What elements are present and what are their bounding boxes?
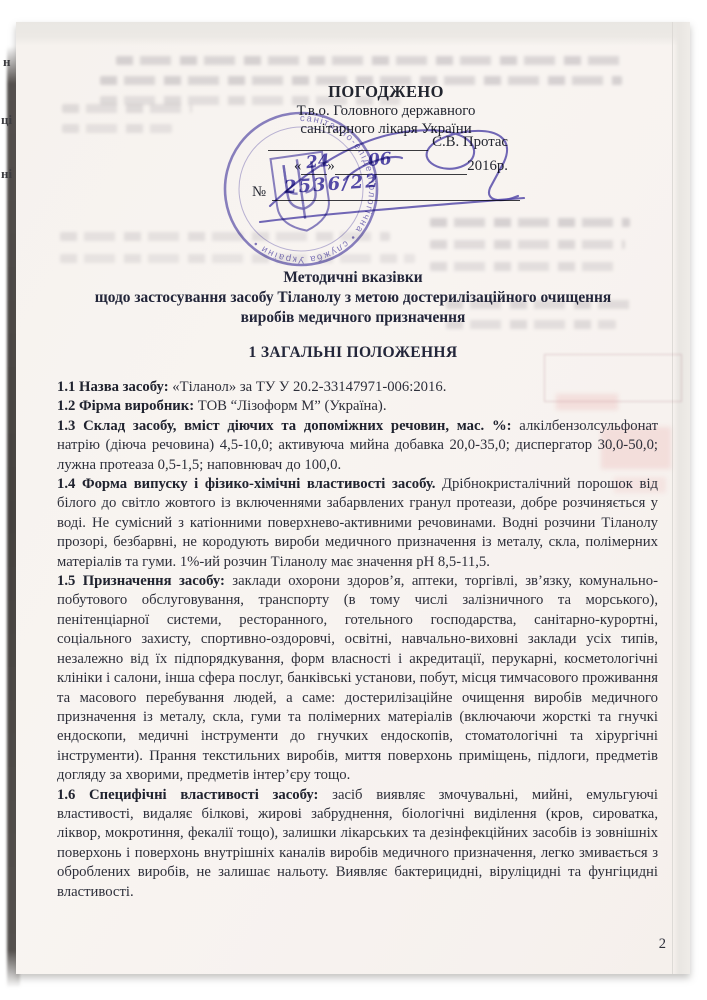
- document-title-line1: Методичні вказівки: [16, 268, 690, 288]
- document-title-line2: щодо застосування засобу Тіланолу з мето…: [16, 288, 690, 308]
- document-body: 1.1 Назва засобу: «Тіланол» за ТУ У 20.2…: [57, 378, 658, 902]
- paragraph-lead: 1.3 Склад засобу, вміст діючих та допомі…: [57, 418, 512, 434]
- paragraph: 1.1 Назва засобу: «Тіланол» за ТУ У 20.2…: [57, 378, 658, 397]
- paragraph-lead: 1.6 Специфічні властивості засобу:: [57, 787, 318, 803]
- page-number: 2: [646, 936, 666, 953]
- paragraph-body: заклади охорони здоров’я, аптеки, торгів…: [57, 573, 658, 783]
- bleedthrough-line: [62, 104, 192, 113]
- paragraph-lead: 1.2 Фірма виробник:: [57, 398, 194, 414]
- bleedthrough-line: [116, 56, 621, 65]
- document-title-line3: виробів медичного призначення: [16, 308, 690, 328]
- paragraph: 1.5 Призначення засобу: заклади охорони …: [57, 572, 658, 785]
- paragraph-lead: 1.1 Назва засобу:: [57, 379, 169, 395]
- margin-fragment: н: [3, 54, 11, 70]
- scan-right-edge: [672, 22, 690, 974]
- paragraph-body: ТОВ “Лізоформ М” (Україна).: [194, 398, 386, 414]
- paragraph: 1.6 Специфічні властивості засобу: засіб…: [57, 786, 658, 902]
- document-title: Методичні вказівки щодо застосування зас…: [16, 268, 690, 328]
- bleedthrough-line: [62, 124, 172, 133]
- paragraph: 1.3 Склад засобу, вміст діючих та допомі…: [57, 417, 658, 475]
- approval-title: ПОГОДЖЕНО: [240, 82, 532, 102]
- paragraph: 1.4 Форма випуску і фізико-хімічні власт…: [57, 475, 658, 572]
- scanned-page: ПОГОДЖЕНО Т.в.о. Головного державного са…: [16, 22, 690, 974]
- margin-fragment: ні: [1, 166, 12, 182]
- paragraph: 1.2 Фірма виробник: ТОВ “Лізоформ М” (Ук…: [57, 397, 658, 416]
- section-heading: 1 ЗАГАЛЬНІ ПОЛОЖЕННЯ: [16, 344, 690, 362]
- paragraph-body: засіб виявляє змочувальні, мийні, емульг…: [57, 787, 658, 900]
- margin-fragment: ці: [1, 112, 12, 128]
- paragraph-lead: 1.5 Призначення засобу:: [57, 573, 225, 589]
- paragraph-body: «Тіланол» за ТУ У 20.2-33147971-006:2016…: [169, 379, 447, 395]
- paragraph-lead: 1.4 Форма випуску і фізико-хімічні власт…: [57, 476, 435, 492]
- scan-top-band: [16, 22, 690, 46]
- signature-scrawl: [252, 110, 552, 260]
